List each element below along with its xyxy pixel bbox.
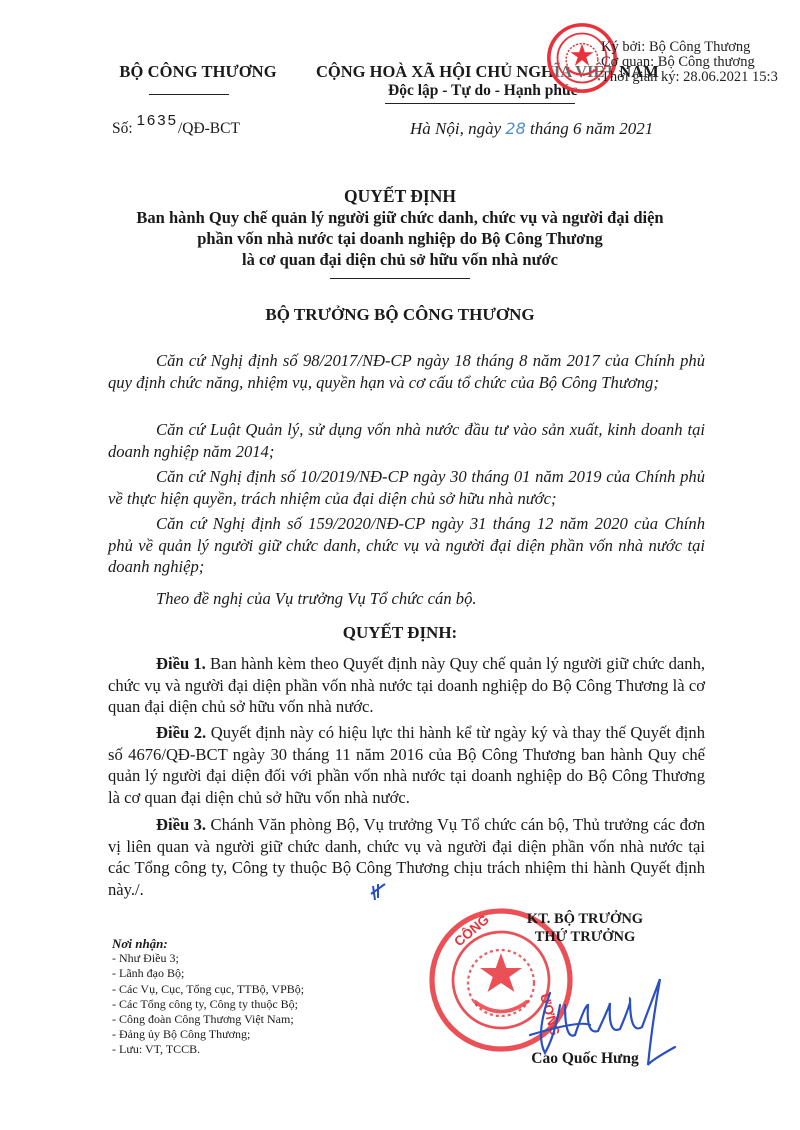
recipient-item: - Các Vụ, Cục, Tổng cục, TTBộ, VPBộ;	[112, 982, 304, 997]
recipients-list: Nơi nhận: - Như Điều 3; - Lãnh đạo Bộ; -…	[112, 936, 304, 1058]
preamble-text: Căn cứ Nghị định số 10/2019/NĐ-CP ngày 3…	[108, 467, 705, 508]
ministry-underline	[149, 94, 229, 95]
signer-title: KT. BỘ TRƯỞNG THỨ TRƯỞNG	[510, 910, 660, 946]
preamble-item: Căn cứ Luật Quản lý, sử dụng vốn nhà nướ…	[108, 419, 705, 462]
number-suffix: /QĐ-BCT	[178, 120, 240, 137]
recipient-item: - Các Tổng công ty, Công ty thuộc Bộ;	[112, 997, 304, 1012]
recipient-item: - Như Điều 3;	[112, 951, 304, 966]
document-title: QUYẾT ĐỊNH	[0, 186, 800, 207]
preamble-text: Căn cứ Nghị định số 159/2020/NĐ-CP ngày …	[108, 514, 705, 576]
preamble-item: Căn cứ Nghị định số 159/2020/NĐ-CP ngày …	[108, 513, 705, 578]
preamble-text: Theo đề nghị của Vụ trưởng Vụ Tổ chức cá…	[156, 589, 477, 608]
preamble-item: Căn cứ Nghị định số 10/2019/NĐ-CP ngày 3…	[108, 466, 705, 509]
preamble-text: Căn cứ Luật Quản lý, sử dụng vốn nhà nướ…	[108, 420, 705, 461]
issue-date: Hà Nội, ngày 28 tháng 6 năm 2021	[410, 119, 653, 139]
article-label: Điều 1.	[156, 654, 206, 673]
signed-by: Ký bởi: Bộ Công Thương	[601, 40, 778, 55]
recipient-item: - Lãnh đạo Bộ;	[112, 966, 304, 981]
subtitle-line: phần vốn nhà nước tại doanh nghiệp do Bộ…	[0, 228, 800, 249]
subtitle-line: là cơ quan đại diện chủ sở hữu vốn nhà n…	[0, 249, 800, 270]
number-prefix: Số:	[112, 120, 133, 137]
preamble-text: Căn cứ Nghị định số 98/2017/NĐ-CP ngày 1…	[108, 351, 705, 392]
document-subtitle: Ban hành Quy chế quản lý người giữ chức …	[0, 207, 800, 270]
recipient-item: - Lưu: VT, TCCB.	[112, 1042, 304, 1057]
title-underline	[330, 278, 470, 279]
signing-agency: Cơ quan: Bộ Công thương	[601, 55, 778, 70]
signer-name: Cao Quốc Hưng	[520, 1050, 650, 1068]
preamble-item: Căn cứ Nghị định số 98/2017/NĐ-CP ngày 1…	[108, 350, 705, 393]
recipient-item: - Đảng ủy Bộ Công Thương;	[112, 1027, 304, 1042]
initial-mark-icon	[369, 880, 387, 902]
article-2: Điều 2. Quyết định này có hiệu lực thi h…	[108, 722, 705, 808]
document-number: Số: 1635/QĐ-BCT	[112, 120, 240, 138]
signing-time: Thời gian ký: 28.06.2021 15:3	[601, 70, 778, 85]
recipient-item: - Công đoàn Công Thương Việt Nam;	[112, 1012, 304, 1027]
ministry-name: BỘ CÔNG THƯƠNG	[108, 62, 288, 82]
signer-role-line1: KT. BỘ TRƯỞNG	[510, 910, 660, 928]
article-label: Điều 3.	[156, 815, 206, 834]
article-1: Điều 1. Ban hành kèm theo Quyết định này…	[108, 653, 705, 718]
article-label: Điều 2.	[156, 723, 206, 742]
date-suffix: tháng 6 năm 2021	[530, 119, 653, 138]
article-3: Điều 3. Chánh Văn phòng Bộ, Vụ trưởng Vụ…	[108, 814, 705, 900]
date-prefix: Hà Nội, ngày	[410, 119, 501, 138]
recipients-heading: Nơi nhận:	[112, 936, 304, 951]
date-day-handwritten: 28	[505, 119, 525, 138]
digital-signature-info: Ký bởi: Bộ Công Thương Cơ quan: Bộ Công …	[601, 40, 778, 85]
subtitle-line: Ban hành Quy chế quản lý người giữ chức …	[0, 207, 800, 228]
decision-heading: QUYẾT ĐỊNH:	[0, 623, 800, 643]
issuing-authority: BỘ TRƯỞNG BỘ CÔNG THƯƠNG	[0, 305, 800, 325]
motto-underline	[385, 103, 575, 104]
signer-role-line2: THỨ TRƯỞNG	[510, 928, 660, 946]
number-value: 1635	[137, 112, 178, 129]
preamble-item: Theo đề nghị của Vụ trưởng Vụ Tổ chức cá…	[108, 588, 705, 610]
